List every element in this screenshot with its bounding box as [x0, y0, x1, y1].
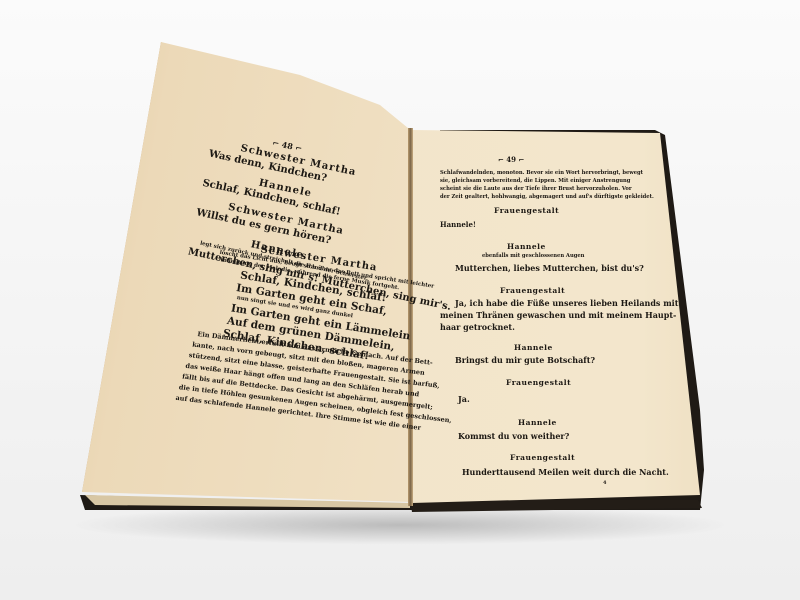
dialogue-line: Hunderttausend Meilen weit durch die Nac… [462, 467, 669, 477]
speaker-name: Frauengestalt [500, 286, 565, 295]
dialogue-line: Ja, ich habe die Füße unseres lieben Hei… [455, 298, 678, 308]
dialogue-line: meinen Thränen gewaschen und mit meinem … [440, 310, 676, 320]
speaker-name: Frauengestalt [510, 453, 575, 462]
page-number: ⌐ 49 ⌐ [498, 155, 524, 164]
dialogue-line: Hannele! [440, 220, 476, 229]
paragraph-line: Schlafwandelnden, monoton. Bevor sie ein… [440, 170, 643, 176]
dialogue-line: Mutterchen, liebes Mutterchen, bist du's… [455, 263, 644, 273]
paragraph-line: sie, gleichsam vorbereitend, die Lippen.… [440, 178, 630, 184]
paragraph-line: der Zeit gealtert, hohlwangig, abgemager… [440, 194, 654, 200]
speaker-name: Hannele [507, 242, 546, 251]
speaker-name: Hannele [514, 343, 553, 352]
speaker-name: Hannele [518, 418, 557, 427]
dialogue-line: Kommst du von weither? [458, 431, 569, 441]
speaker-name: Frauengestalt [494, 206, 559, 215]
stage-direction: ebenfalls mit geschlossenen Augen [482, 253, 584, 259]
book-shadow [70, 505, 730, 545]
signature-mark: 4 [603, 480, 606, 486]
dialogue-line: Bringst du mir gute Botschaft? [455, 355, 595, 365]
paragraph-line: scheint sie die Laute aus der Tiefe ihre… [440, 186, 632, 192]
dialogue-line: Ja. [458, 394, 470, 404]
speaker-name: Frauengestalt [506, 378, 571, 387]
book-gutter [408, 128, 413, 506]
dialogue-line: haar getrocknet. [440, 322, 515, 332]
